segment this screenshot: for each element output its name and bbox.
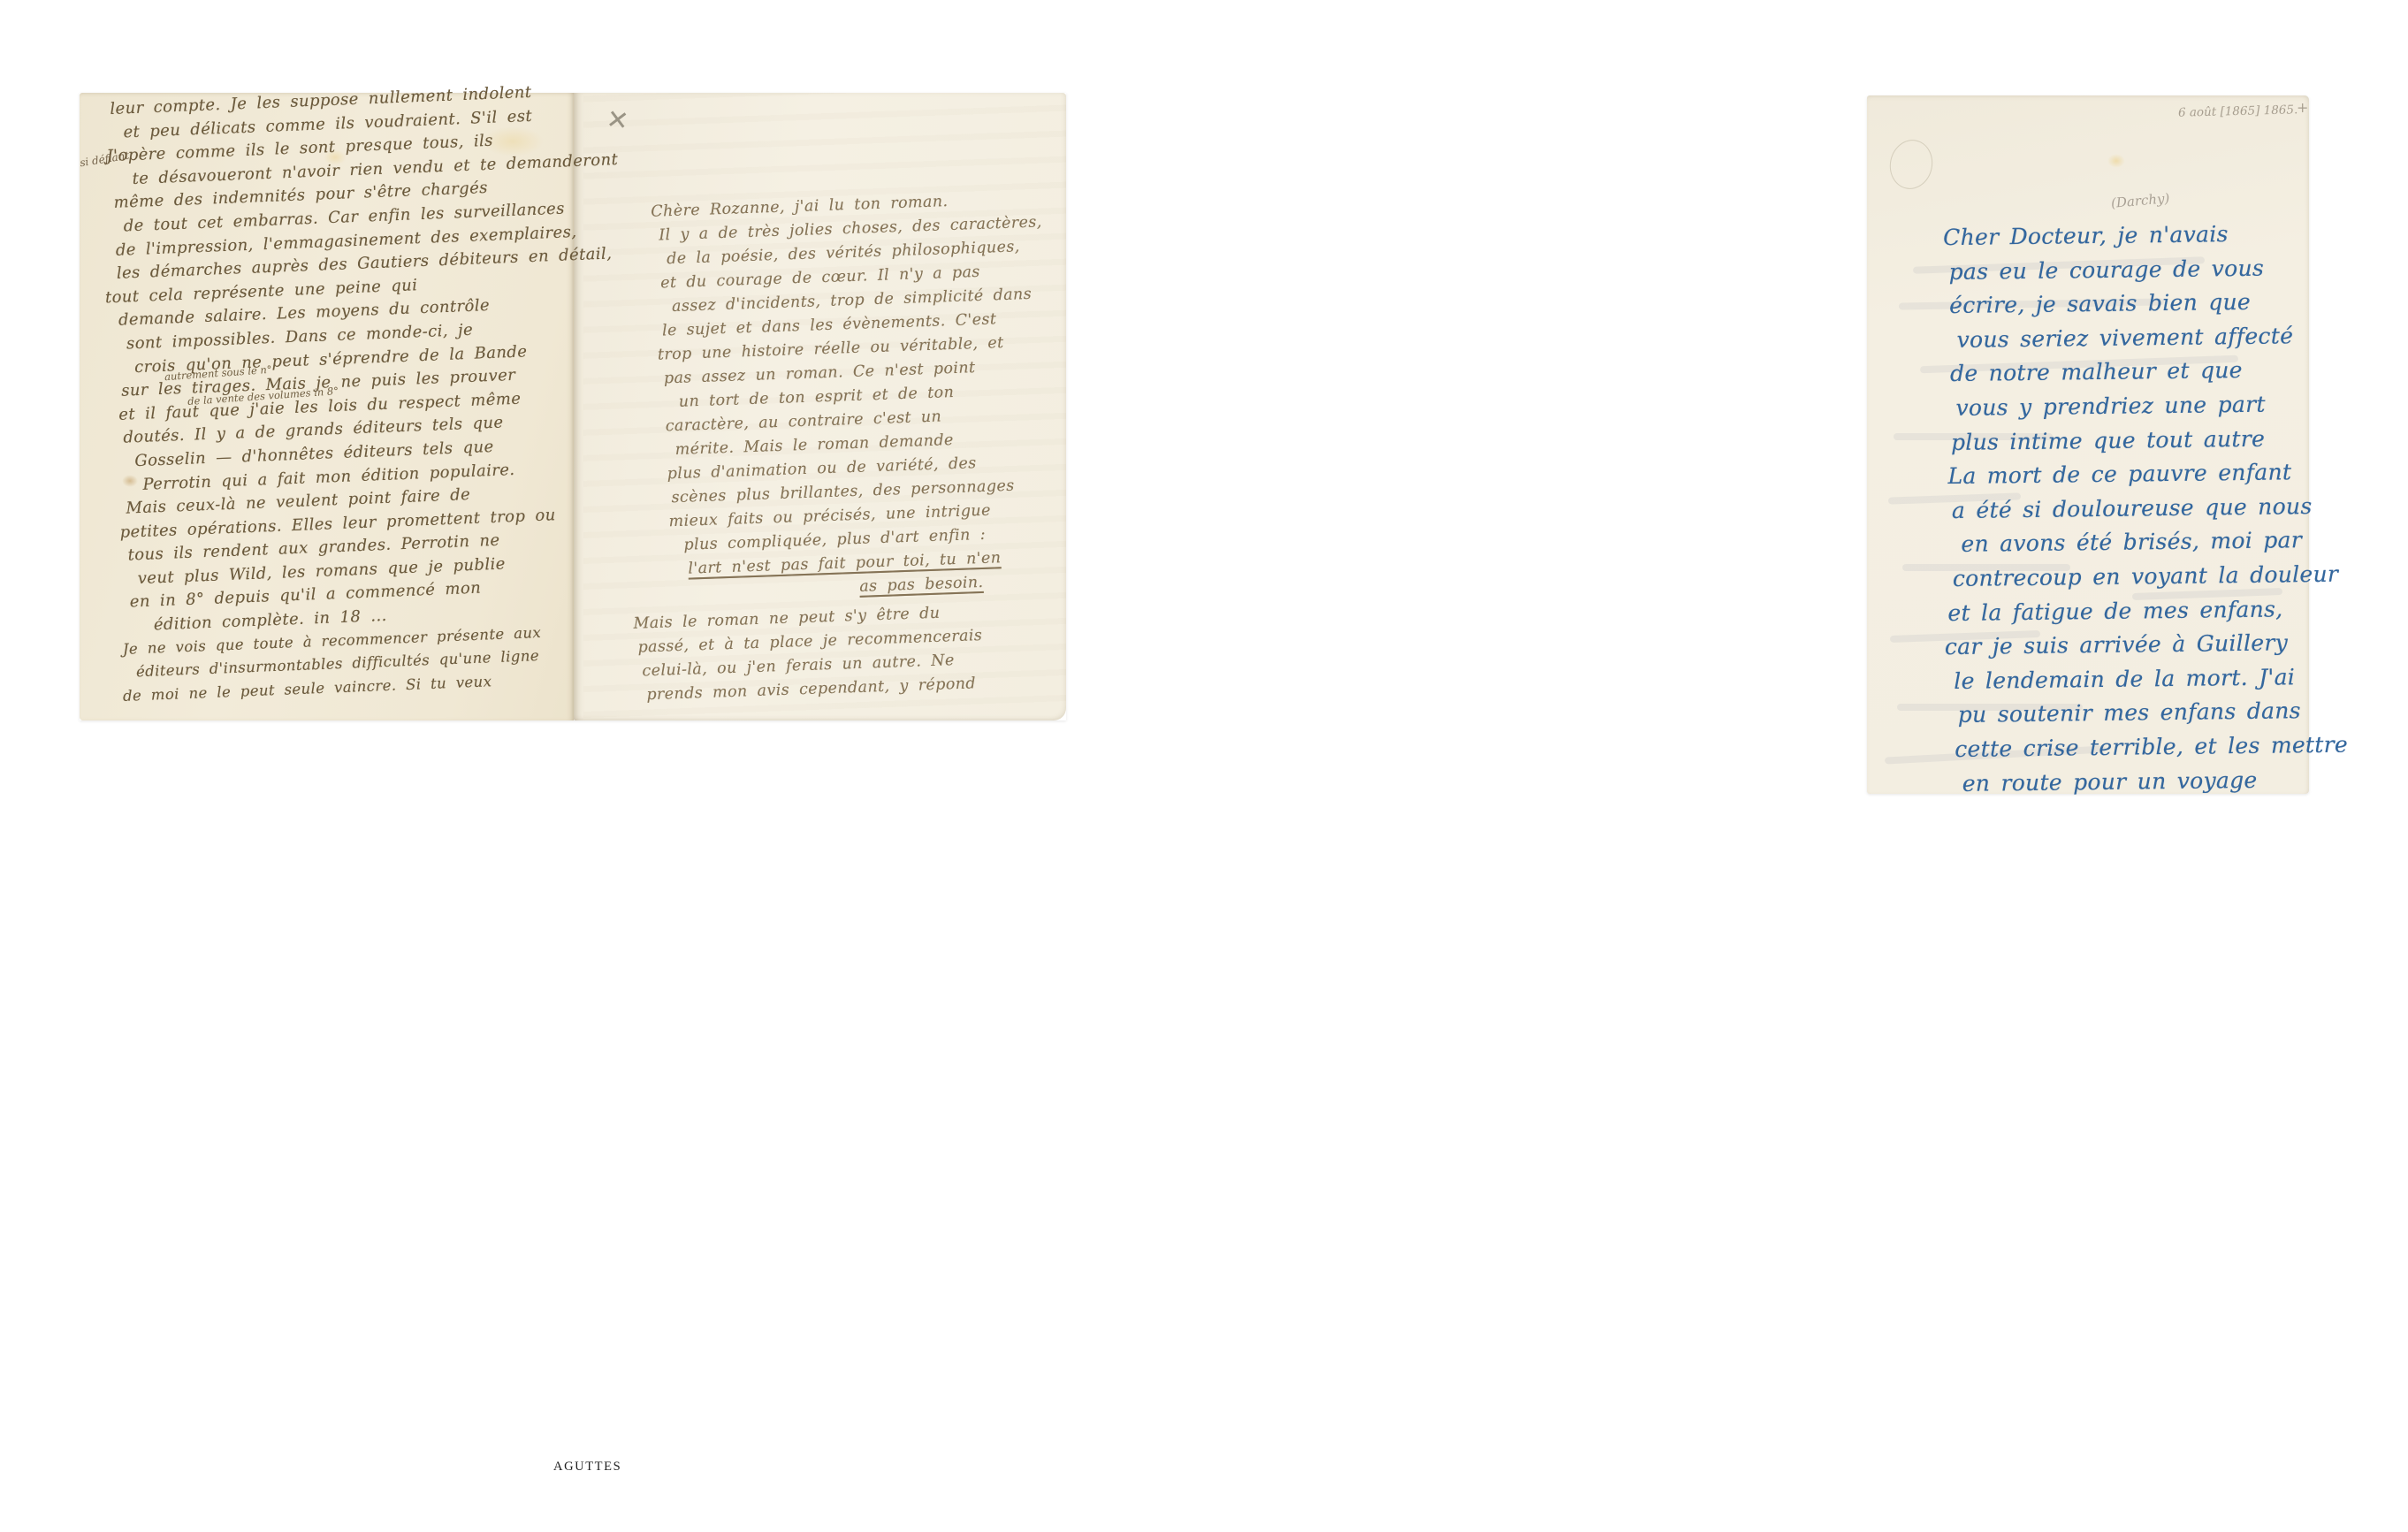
- manuscript-line: vous seriez vivement affecté: [1956, 323, 2329, 362]
- blue-letter-text: Cher Docteur, je n'avaispas eu le courag…: [1948, 220, 2336, 804]
- paper-stain: [2107, 154, 2125, 168]
- manuscript-line: cette crise terrible, et les mettre: [1955, 732, 2335, 771]
- pencil-name-annotation: (Darchy): [2110, 190, 2170, 211]
- manuscript-page2-text: Chère Rozanne, j'ai lu ton roman.Il y a …: [621, 188, 1091, 711]
- manuscript-line: a été si douloureuse que nous: [1952, 492, 2332, 531]
- pencil-date-annotation: 6 août [1865] 1865.: [2178, 103, 2298, 120]
- manuscript-line: et la fatigue de mes enfans,: [1947, 595, 2333, 634]
- manuscript-line: le lendemain de la mort. J'ai: [1954, 663, 2334, 702]
- manuscript-line: vous y prendriez une part: [1955, 391, 2330, 430]
- manuscript-line: Cher Docteur, je n'avais: [1943, 220, 2328, 259]
- pencil-cross-mark: +: [2297, 99, 2308, 116]
- manuscript-scan-double-page: ✕ si défiant autrement sous le n° de la …: [80, 93, 1066, 720]
- manuscript-line: car je suis arrivée à Guillery: [1945, 629, 2334, 668]
- manuscript-line: plus intime que tout autre: [1951, 424, 2331, 463]
- manuscript-line: La mort de ce pauvre enfant: [1947, 459, 2331, 498]
- catalog-page: ✕ si défiant autrement sous le n° de la …: [0, 0, 2408, 1532]
- manuscript-scan-blue-letter: 6 août [1865] 1865. + (Darchy) Cher Doct…: [1867, 95, 2309, 794]
- manuscript-line: en route pour un voyage: [1962, 766, 2336, 804]
- manuscript-line: en avons été brisés, moi par: [1961, 527, 2332, 566]
- manuscript-line: contrecoup en voyant la douleur: [1953, 561, 2333, 600]
- manuscript-line: pas eu le courage de vous: [1948, 254, 2328, 293]
- manuscript-page1-text: leur compte. Je les suppose nullement in…: [110, 80, 618, 711]
- auction-house-wordmark: AGUTTES: [553, 1460, 621, 1475]
- pencil-x-mark: ✕: [605, 103, 631, 137]
- manuscript-line: écrire, je savais bien que: [1949, 288, 2329, 327]
- faint-stamp-mark: [1886, 136, 1938, 194]
- manuscript-line: pu soutenir mes enfans dans: [1958, 697, 2335, 736]
- manuscript-line: de notre malheur et que: [1950, 356, 2330, 395]
